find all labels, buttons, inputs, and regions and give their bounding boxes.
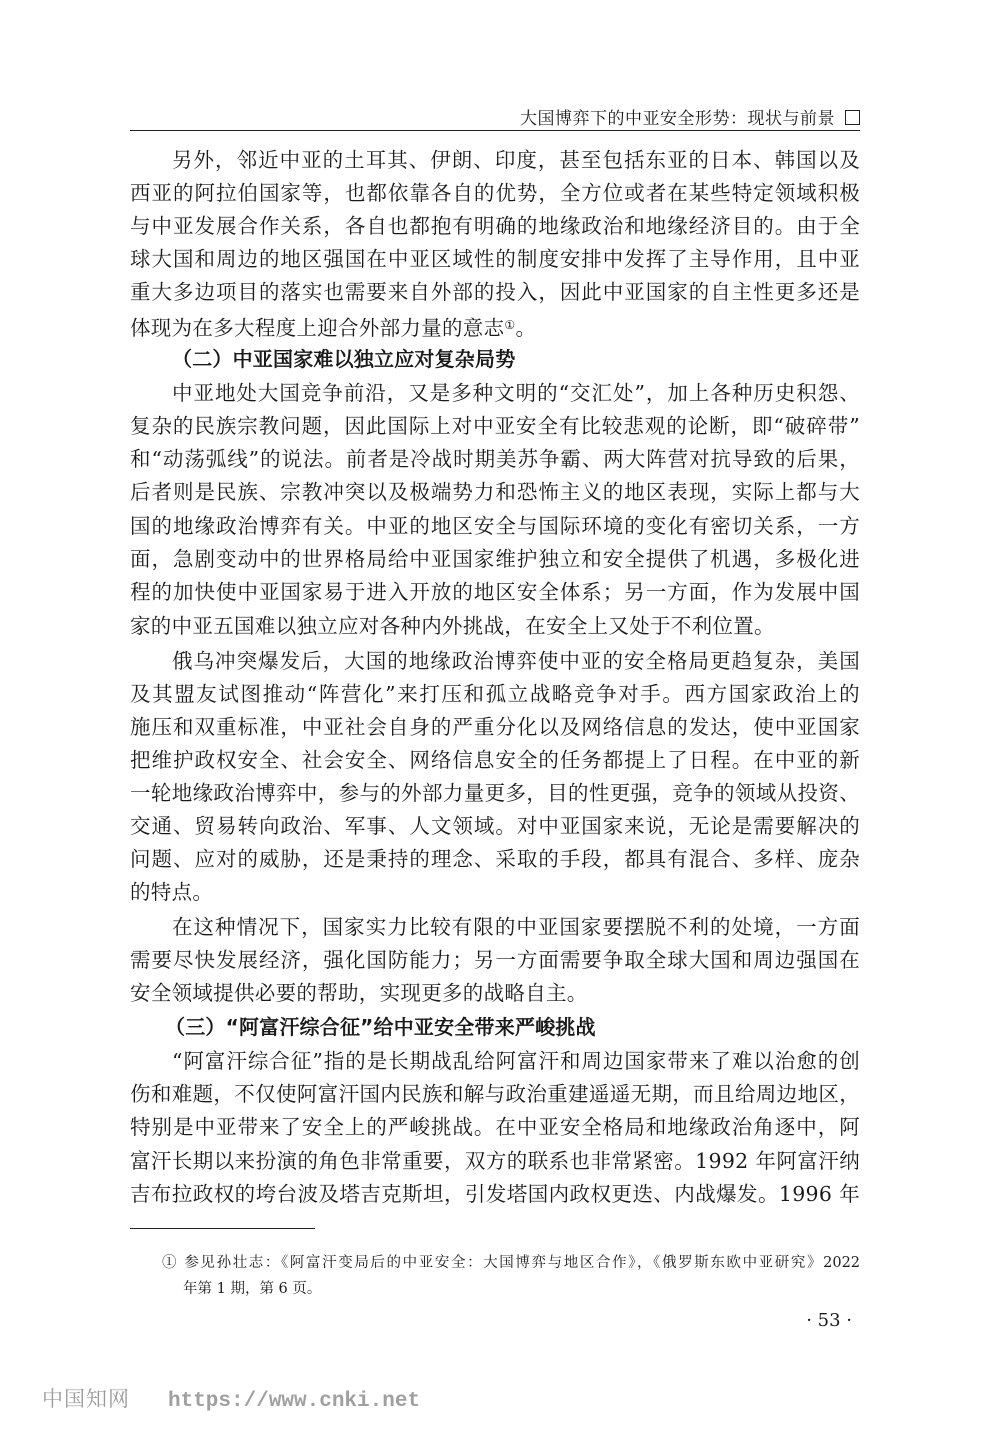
text-line: 家的中亚五国难以独立应对各种内外挑战，在安全上又处于不利位置。 xyxy=(130,610,860,643)
footnote-1-line-2: 年第 1 期，第 6 页。 xyxy=(183,1276,881,1302)
text-line: 中亚地处大国竞争前沿，又是多种文明的“交汇处”，加上各种历史积怨、 xyxy=(172,377,860,410)
running-title: 大国博弈下的中亚安全形势：现状与前景 xyxy=(520,104,860,129)
text-line: 把维护政权安全、社会安全、网络信息安全的任务都提上了日程。在中亚的新 xyxy=(130,744,860,777)
page-number: · 53 · xyxy=(806,1310,852,1331)
text-line: 特别是中亚带来了安全上的严峻挑战。在中亚安全格局和地缘政治角逐中，阿 xyxy=(130,1111,860,1144)
text-line: 需要尽快发展经济，强化国防能力；另一方面需要争取全球大国和周边强国在 xyxy=(130,944,860,977)
text: 体现为在多大程度上迎合外部力量的意志 xyxy=(130,316,504,340)
text-line: 一轮地缘政治博弈中，参与的外部力量更多，目的性更强，竞争的领域从投资、 xyxy=(130,777,860,810)
text-line: 吉布拉政权的垮台波及塔吉克斯坦，引发塔国内政权更迭、内战爆发。1996 年 xyxy=(130,1178,860,1211)
text-line: 另外，邻近中亚的土耳其、伊朗、印度，甚至包括东亚的日本、韩国以及 xyxy=(172,144,860,177)
watermark-site-name: 中国知网 xyxy=(42,1387,130,1411)
text-line-last: 体现为在多大程度上迎合外部力量的意志①。 xyxy=(130,309,860,342)
text-line: 富汗长期以来扮演的角色非常重要，双方的联系也非常紧密。1992 年阿富汗纳 xyxy=(130,1145,860,1178)
text-line: 面，急剧变动中的世界格局给中亚国家维护独立和安全提供了机遇，多极化进 xyxy=(130,543,860,576)
text-line: 施压和双重标准，中亚社会自身的严重分化以及网络信息的发达，使中亚国家 xyxy=(130,711,860,744)
text-line: 在这种情况下，国家实力比较有限的中亚国家要摆脱不利的处境，一方面 xyxy=(172,911,860,944)
text-line: 俄乌冲突爆发后，大国的地缘政治博弈使中亚的安全格局更趋复杂，美国 xyxy=(172,645,860,678)
running-header: 大国博弈下的中亚安全形势：现状与前景 xyxy=(130,100,860,131)
text-line: 的特点。 xyxy=(130,876,860,909)
section-heading-2: （二）中亚国家难以独立应对复杂局势 xyxy=(172,343,515,376)
end-punct: 。 xyxy=(515,316,536,340)
footnote-1-line-1: ① 参见孙壮志：《阿富汗变局后的中亚安全：大国博弈与地区合作》，《俄罗斯东欧中亚… xyxy=(162,1250,860,1276)
text-line: 与中亚发展合作关系，各自也都抱有明确的地缘政治和地缘经济目的。由于全 xyxy=(130,210,860,243)
footnote-ref[interactable]: ① xyxy=(504,318,515,332)
text-line: 安全领域提供必要的帮助，实现更多的战略自主。 xyxy=(130,977,860,1010)
watermark: 中国知网https://www.cnki.net xyxy=(42,1383,420,1413)
footnote-marker: ① xyxy=(162,1255,178,1271)
footnote-divider xyxy=(130,1228,315,1229)
running-title-text: 大国博弈下的中亚安全形势：现状与前景 xyxy=(520,109,835,129)
text-line: 交通、贸易转向政治、军事、人文领域。对中亚国家来说，无论是需要解决的 xyxy=(130,810,860,843)
section-heading-3: （三）“阿富汗综合征”给中亚安全带来严峻挑战 xyxy=(165,1011,596,1044)
text-line: “阿富汗综合征”指的是长期战乱给阿富汗和周边国家带来了难以治愈的创 xyxy=(172,1045,860,1078)
text-line: 程的加快使中亚国家易于进入开放的地区安全体系；另一方面，作为发展中国 xyxy=(130,576,860,609)
text-line: 问题、应对的威胁，还是秉持的理念、采取的手段，都具有混合、多样、庞杂 xyxy=(130,843,860,876)
text-line: 西亚的阿拉伯国家等，也都依靠各自的优势，全方位或者在某些特定领域积极 xyxy=(130,177,860,210)
watermark-url[interactable]: https://www.cnki.net xyxy=(168,1390,420,1413)
text-line: 复杂的民族宗教问题，因此国际上对中亚安全有比较悲观的论断，即“破碎带” xyxy=(130,410,860,443)
text-line: 和“动荡弧线”的说法。前者是冷战时期美苏争霸、两大阵营对抗导致的后果， xyxy=(130,443,860,476)
text-line: 伤和难题，不仅使阿富汗国内民族和解与政治重建遥遥无期，而且给周边地区， xyxy=(130,1078,860,1111)
text-line: 重大多边项目的落实也需要来自外部的投入，因此中亚国家的自主性更多还是 xyxy=(130,276,860,309)
text-line: 后者则是民族、宗教冲突以及极端势力和恐怖主义的地区表现，实际上都与大 xyxy=(130,476,860,509)
footnote-text: 参见孙壮志：《阿富汗变局后的中亚安全：大国博弈与地区合作》，《俄罗斯东欧中亚研究… xyxy=(184,1255,860,1271)
text-line: 球大国和周边的地区强国在中亚区域性的制度安排中发挥了主导作用，且中亚 xyxy=(130,243,860,276)
square-box-icon xyxy=(845,110,860,125)
text-line: 及其盟友试图推动“阵营化”来打压和孤立战略竞争对手。西方国家政治上的 xyxy=(130,678,860,711)
text-line: 国的地缘政治博弈有关。中亚的地区安全与国际环境的变化有密切关系，一方 xyxy=(130,510,860,543)
